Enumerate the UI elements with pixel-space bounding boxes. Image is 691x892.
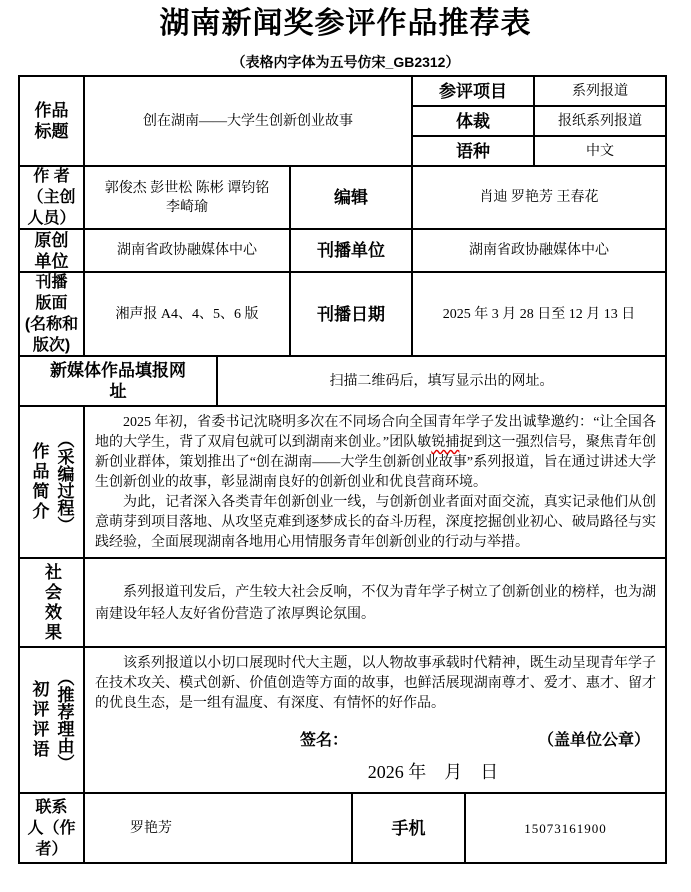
row-social-effect: 社会效果 系列报道刊发后，产生较大社会反响，不仅为青年学子树立了创新创业的榜样，… bbox=[20, 559, 665, 648]
form-header: 湖南新闻奖参评作品推荐表 （表格内字体为五号仿宋_GB2312） bbox=[0, 0, 691, 71]
recommendation-sublabel: （推荐理由） bbox=[52, 669, 77, 771]
social-effect-label: 社会效果 bbox=[39, 563, 64, 643]
signature-line: 签名： （盖单位公章） bbox=[95, 730, 656, 752]
row-original-unit: 原创 单位 湖南省政协融媒体中心 刊播单位 湖南省政协融媒体中心 bbox=[20, 230, 665, 273]
contact-name-value[interactable]: 罗艳芳 bbox=[85, 794, 353, 862]
recommendation-spacer bbox=[95, 714, 656, 730]
publish-unit-label: 刊播单位 bbox=[291, 230, 413, 271]
editor-value[interactable]: 肖迪 罗艳芳 王春花 bbox=[413, 167, 665, 228]
authors-label: 作 者 （主创 人员） bbox=[20, 167, 85, 228]
work-intro-text[interactable]: 2025 年初，省委书记沈晓明多次在不同场合向全国青年学子发出诚挚邀约：“让全国… bbox=[85, 407, 665, 557]
row-language: 语种 中文 bbox=[413, 137, 665, 165]
publish-page-label: 刊播 版面 (名称和 版次) bbox=[20, 273, 85, 355]
page-title: 湖南新闻奖参评作品推荐表 bbox=[0, 0, 691, 43]
row-publish-page: 刊播 版面 (名称和 版次) 湘声报 A4、4、5、6 版 刊播日期 2025 … bbox=[20, 273, 665, 357]
original-unit-label: 原创 单位 bbox=[20, 230, 85, 271]
work-intro-sublabel: （采编过程） bbox=[52, 431, 77, 533]
recommendation-content-cell[interactable]: 该系列报道以小切口展现时代大主题，以人物故事承载时代精神，既生动呈现青年学子在技… bbox=[85, 648, 665, 792]
entry-category-label: 参评项目 bbox=[413, 77, 535, 105]
genre-value[interactable]: 报纸系列报道 bbox=[535, 107, 665, 135]
language-value[interactable]: 中文 bbox=[535, 137, 665, 165]
recommendation-label: 初评评语 bbox=[27, 680, 52, 760]
publish-date-value[interactable]: 2025 年 3 月 28 日至 12 月 13 日 bbox=[413, 273, 665, 355]
work-intro-paragraph-1: 2025 年初，省委书记沈晓明多次在不同场合向全国青年学子发出诚挚邀约：“让全国… bbox=[95, 413, 656, 493]
original-unit-value[interactable]: 湖南省政协融媒体中心 bbox=[85, 230, 291, 271]
new-media-label: 新媒体作品填报网 址 bbox=[20, 357, 218, 405]
social-effect-text: 系列报道刊发后，产生较大社会反响，不仅为青年学子树立了创新创业的榜样，也为湖南建… bbox=[95, 582, 656, 626]
publish-unit-value[interactable]: 湖南省政协融媒体中心 bbox=[413, 230, 665, 271]
work-intro-label: 作品简介 bbox=[27, 442, 52, 522]
publish-date-label: 刊播日期 bbox=[291, 273, 413, 355]
recommendation-table: 作品 标题 创在湖南——大学生创新创业故事 参评项目 系列报道 体裁 报纸系列报… bbox=[18, 75, 667, 864]
entry-category-value[interactable]: 系列报道 bbox=[535, 77, 665, 105]
contact-label: 联系 人（作 者） bbox=[20, 794, 85, 862]
recommendation-label-cell: 初评评语 （推荐理由） bbox=[20, 648, 85, 792]
authors-value[interactable]: 郭俊杰 彭世松 陈彬 谭钧铭 李崎瑜 bbox=[85, 167, 291, 228]
publish-page-value[interactable]: 湘声报 A4、4、5、6 版 bbox=[85, 273, 291, 355]
new-media-value[interactable]: 扫描二维码后，填写显示出的网址。 bbox=[218, 357, 665, 405]
social-effect-text-cell[interactable]: 系列报道刊发后，产生较大社会反响，不仅为青年学子树立了创新创业的榜样，也为湖南建… bbox=[85, 559, 665, 646]
classification-subtable: 参评项目 系列报道 体裁 报纸系列报道 语种 中文 bbox=[413, 77, 665, 165]
row-authors: 作 者 （主创 人员） 郭俊杰 彭世松 陈彬 谭钧铭 李崎瑜 编辑 肖迪 罗艳芳… bbox=[20, 167, 665, 230]
genre-label: 体裁 bbox=[413, 107, 535, 135]
row-contact: 联系 人（作 者） 罗艳芳 手机 15073161900 bbox=[20, 794, 665, 862]
recommendation-form-page: 湖南新闻奖参评作品推荐表 （表格内字体为五号仿宋_GB2312） 作品 标题 创… bbox=[0, 0, 691, 892]
row-new-media-url: 新媒体作品填报网 址 扫描二维码后，填写显示出的网址。 bbox=[20, 357, 665, 407]
row-entry-category: 参评项目 系列报道 bbox=[413, 77, 665, 107]
recommendation-text: 该系列报道以小切口展现时代大主题，以人物故事承载时代精神，既生动呈现青年学子在技… bbox=[95, 654, 656, 714]
editor-label: 编辑 bbox=[291, 167, 413, 228]
phone-label: 手机 bbox=[353, 794, 466, 862]
row-work-title: 作品 标题 创在湖南——大学生创新创业故事 参评项目 系列报道 体裁 报纸系列报… bbox=[20, 77, 665, 167]
work-intro-paragraph-2: 为此，记者深入各类青年创新创业一线，与创新创业者面对面交流，真实记录他们从创意萌… bbox=[95, 493, 656, 553]
work-title-label: 作品 标题 bbox=[20, 77, 85, 165]
social-effect-label-cell: 社会效果 bbox=[20, 559, 85, 646]
signature-date[interactable]: 2026 年 月 日 bbox=[95, 760, 656, 784]
row-genre: 体裁 报纸系列报道 bbox=[413, 107, 665, 137]
row-recommendation: 初评评语 （推荐理由） 该系列报道以小切口展现时代大主题，以人物故事承载时代精神… bbox=[20, 648, 665, 794]
work-intro-label-cell: 作品简介 （采编过程） bbox=[20, 407, 85, 557]
language-label: 语种 bbox=[413, 137, 535, 165]
row-work-intro: 作品简介 （采编过程） 2025 年初，省委书记沈晓明多次在不同场合向全国青年学… bbox=[20, 407, 665, 559]
spellcheck-marked-text: 锐捕 bbox=[431, 435, 459, 450]
page-subtitle: （表格内字体为五号仿宋_GB2312） bbox=[0, 53, 691, 71]
signature-label[interactable]: 签名： bbox=[300, 730, 348, 752]
work-title-value[interactable]: 创在湖南——大学生创新创业故事 bbox=[85, 77, 413, 165]
phone-value[interactable]: 15073161900 bbox=[466, 794, 665, 862]
seal-label: （盖单位公章） bbox=[538, 730, 650, 752]
